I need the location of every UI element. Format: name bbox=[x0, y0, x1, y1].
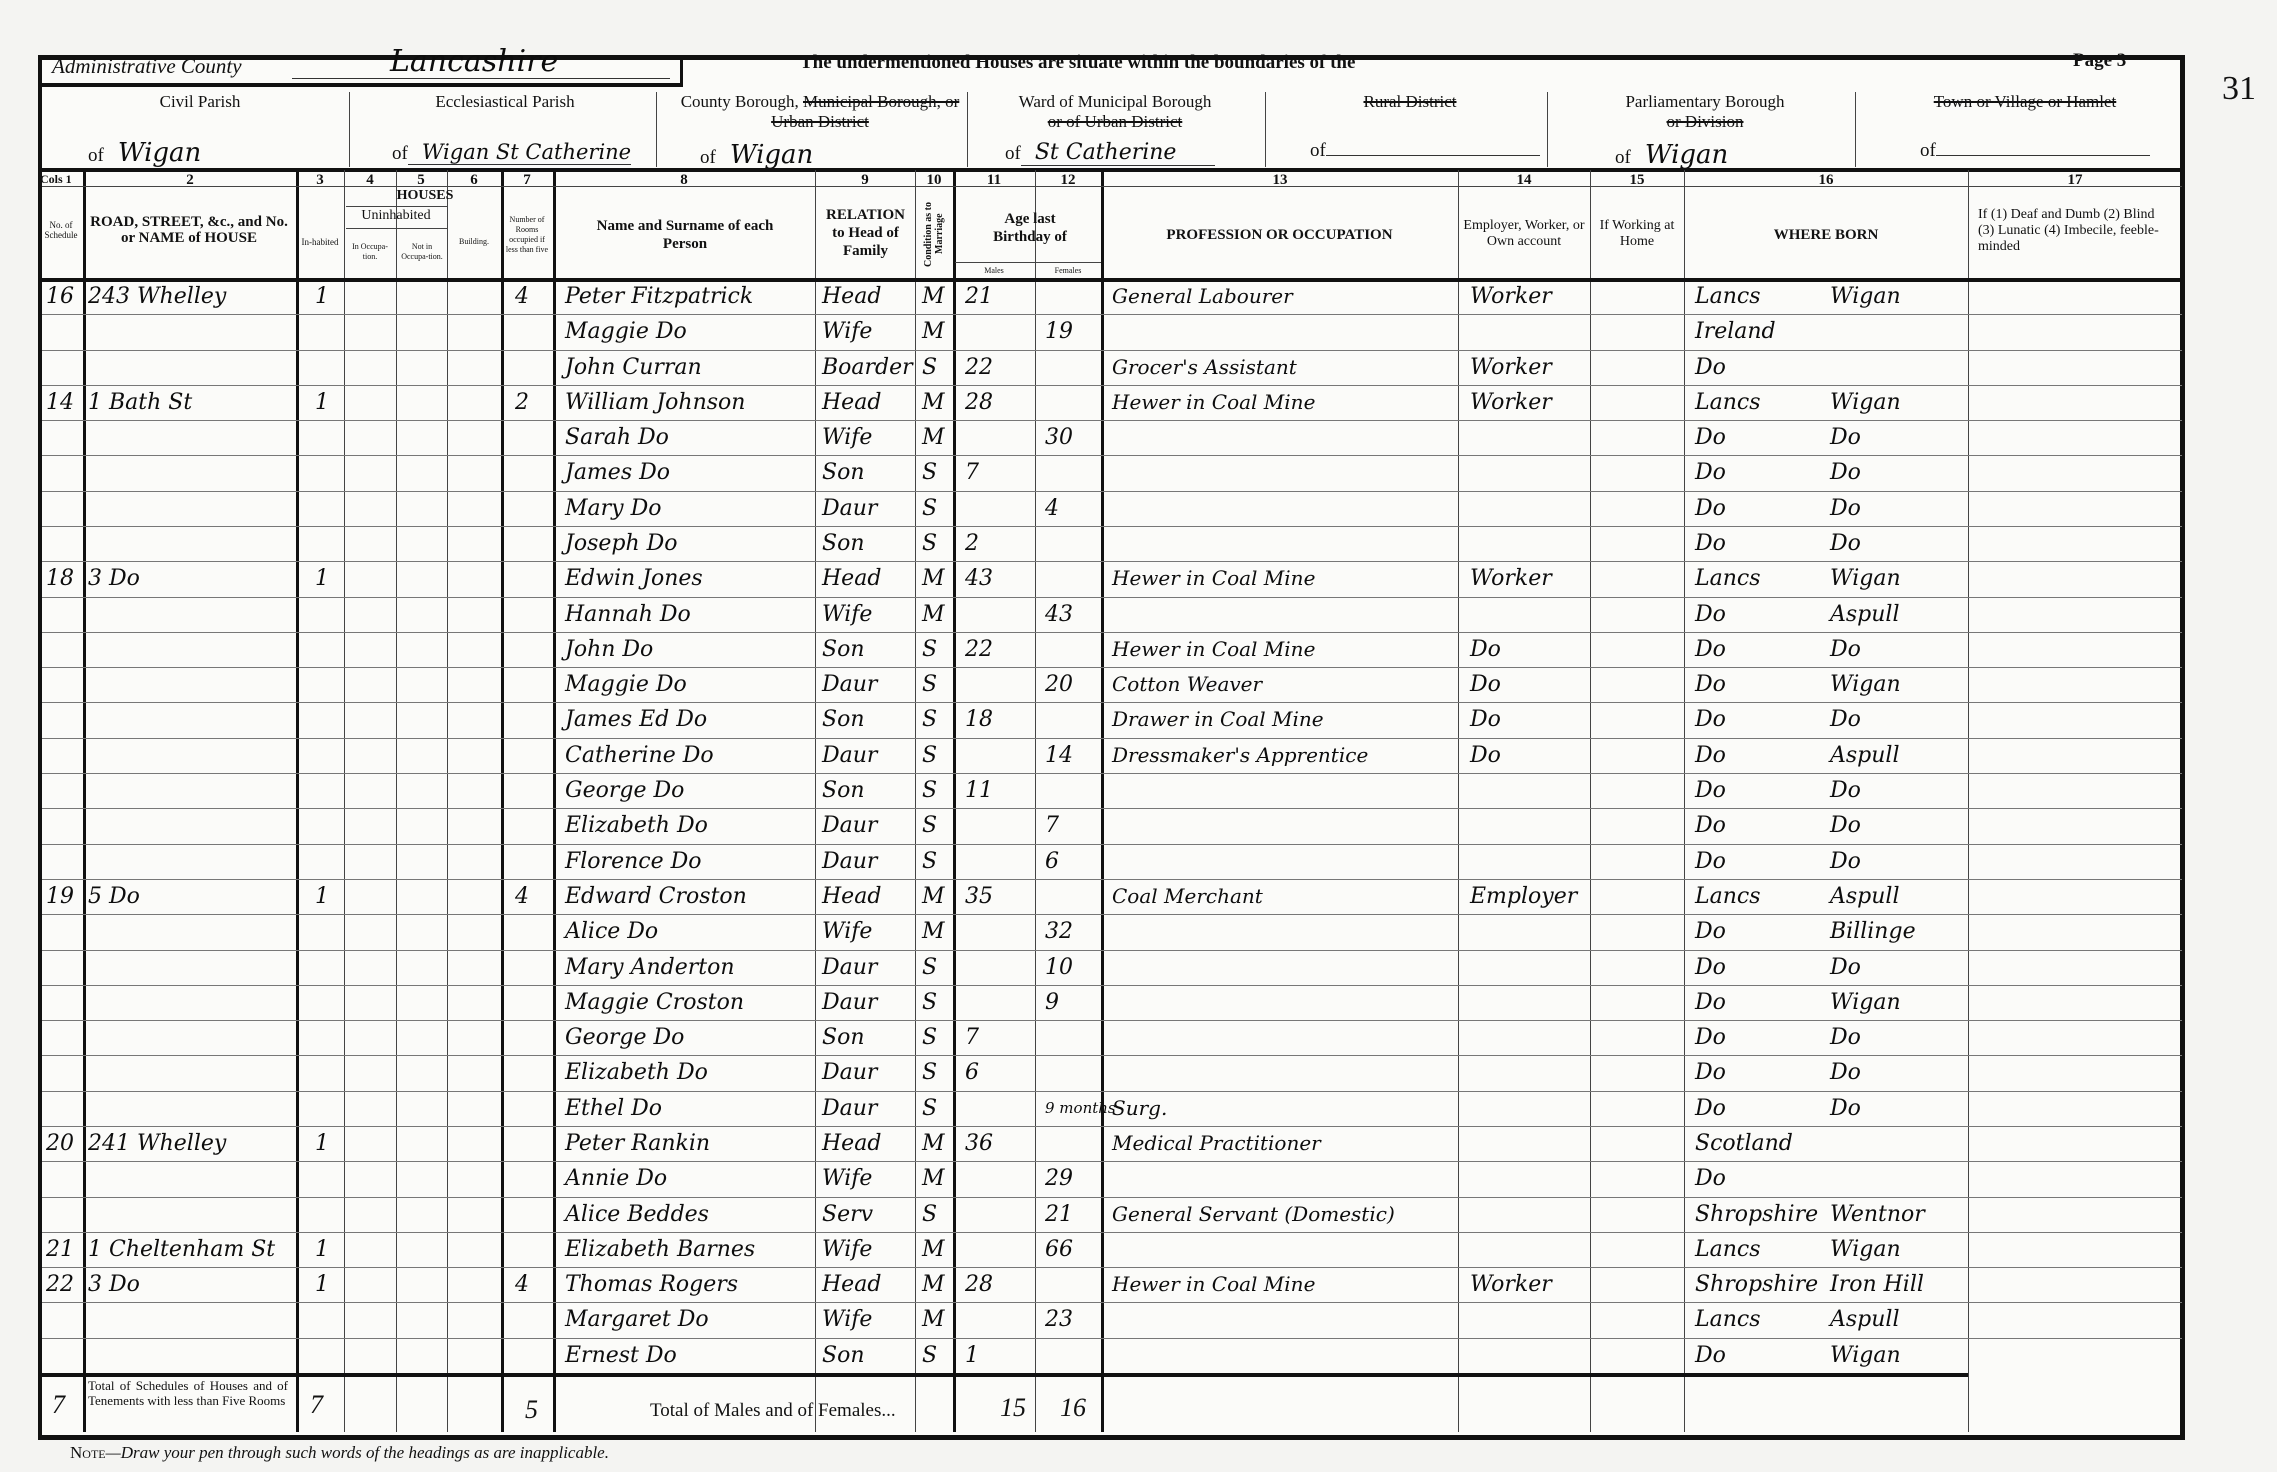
relation: Wife bbox=[822, 1302, 872, 1337]
marital-condition: M bbox=[922, 1232, 945, 1267]
footer-note: Note—Draw your pen through such words of… bbox=[70, 1443, 609, 1463]
male-age: 35 bbox=[965, 879, 993, 914]
ward-value: St Catherine bbox=[1021, 140, 1215, 166]
male-age: 18 bbox=[965, 702, 993, 737]
occupation: Grocer's Assistant bbox=[1112, 350, 1297, 385]
schedule-no: 16 bbox=[46, 279, 74, 314]
female-age: 21 bbox=[1045, 1197, 1073, 1232]
employment-status: Do bbox=[1470, 738, 1501, 773]
birth-place: Billinge bbox=[1830, 914, 1916, 949]
address: 3 Do bbox=[88, 1267, 140, 1302]
column-number: 14 bbox=[1509, 172, 1539, 189]
occupation: Hewer in Coal Mine bbox=[1112, 561, 1315, 596]
relation: Head bbox=[822, 279, 881, 314]
person-name: John Curran bbox=[565, 350, 702, 385]
totals-males-females-label: Total of Males and of Females... bbox=[650, 1400, 896, 1422]
birth-county: Do bbox=[1695, 1091, 1726, 1126]
relation: Daur bbox=[822, 808, 877, 843]
ecclesiastical-parish-field: ofWigan St Catherine bbox=[392, 140, 631, 165]
relation: Wife bbox=[822, 914, 872, 949]
occupation: General Servant (Domestic) bbox=[1112, 1197, 1395, 1232]
marital-condition: M bbox=[922, 561, 945, 596]
ecclesiastical-parish-label: Ecclesiastical Parish bbox=[370, 92, 640, 112]
female-age: 6 bbox=[1045, 844, 1059, 879]
inhabited-count: 1 bbox=[315, 385, 329, 420]
struck-text: or of Urban District bbox=[1048, 112, 1183, 131]
schedule-no: 18 bbox=[46, 561, 74, 596]
schedule-no: 21 bbox=[46, 1232, 74, 1267]
ward-label: Ward of Municipal Borough or of Urban Di… bbox=[980, 92, 1250, 132]
divider bbox=[656, 92, 657, 167]
birth-place: Wigan bbox=[1830, 1338, 1901, 1373]
occupation: Cotton Weaver bbox=[1112, 667, 1262, 702]
male-age: 21 bbox=[965, 279, 993, 314]
marital-condition: S bbox=[922, 702, 937, 737]
relation: Boarder bbox=[822, 350, 913, 385]
birth-place: Wigan bbox=[1830, 1232, 1901, 1267]
relation: Wife bbox=[822, 314, 872, 349]
person-name: Hannah Do bbox=[565, 597, 691, 632]
birth-county: Do bbox=[1695, 738, 1726, 773]
column-number: 11 bbox=[979, 172, 1009, 189]
marital-condition: S bbox=[922, 773, 937, 808]
of-label: of bbox=[88, 145, 104, 166]
relation: Head bbox=[822, 385, 881, 420]
row-divider bbox=[42, 773, 2182, 774]
address: 1 Cheltenham St bbox=[88, 1232, 275, 1267]
birth-place: Do bbox=[1830, 773, 1861, 808]
row-divider bbox=[42, 950, 2182, 951]
birth-county: Do bbox=[1695, 526, 1726, 561]
of-label: of bbox=[1310, 140, 1326, 161]
female-age: 9 bbox=[1045, 985, 1059, 1020]
column-number: 2 bbox=[175, 172, 205, 189]
schedule-no: 14 bbox=[46, 385, 74, 420]
parliamentary-borough-label: Parliamentary Borough or Division bbox=[1565, 92, 1845, 132]
male-age: 11 bbox=[965, 773, 993, 808]
person-name: Joseph Do bbox=[565, 526, 678, 561]
marital-condition: S bbox=[922, 491, 937, 526]
relation: Son bbox=[822, 773, 865, 808]
marital-condition: S bbox=[922, 1197, 937, 1232]
employment-status: Worker bbox=[1470, 561, 1552, 596]
column-number: 15 bbox=[1622, 172, 1652, 189]
birth-county: Do bbox=[1695, 1338, 1726, 1373]
column-number: 9 bbox=[850, 172, 880, 189]
person-name: Ernest Do bbox=[565, 1338, 677, 1373]
of-label: of bbox=[1920, 140, 1936, 161]
inhabited-count: 1 bbox=[315, 1232, 329, 1267]
row-divider bbox=[42, 844, 2182, 845]
marital-condition: S bbox=[922, 844, 937, 879]
column-divider bbox=[447, 170, 448, 1432]
header-divider bbox=[346, 228, 448, 229]
note-text: —Draw your pen through such words of the… bbox=[106, 1443, 609, 1462]
female-age: 32 bbox=[1045, 914, 1073, 949]
of-label: of bbox=[392, 143, 408, 164]
admin-county-label: Administrative County bbox=[52, 54, 242, 79]
header-employer: Employer, Worker, or Own account bbox=[1460, 196, 1588, 272]
column-number: 12 bbox=[1053, 172, 1083, 189]
marital-condition: M bbox=[922, 420, 945, 455]
row-divider bbox=[42, 808, 2182, 809]
column-number: 5 bbox=[406, 172, 436, 189]
person-name: Ethel Do bbox=[565, 1091, 662, 1126]
birth-place: Do bbox=[1830, 526, 1861, 561]
address: 5 Do bbox=[88, 879, 140, 914]
female-age: 4 bbox=[1045, 491, 1059, 526]
struck-text: Rural District bbox=[1363, 92, 1456, 111]
header-at-home: If Working at Home bbox=[1592, 196, 1682, 272]
ecclesiastical-parish-value: Wigan St Catherine bbox=[408, 140, 631, 165]
relation: Son bbox=[822, 1338, 865, 1373]
person-name: Margaret Do bbox=[565, 1302, 709, 1337]
birth-county: Lancs bbox=[1695, 1232, 1761, 1267]
birth-place: Do bbox=[1830, 1055, 1861, 1090]
relation: Daur bbox=[822, 1055, 877, 1090]
town-village-value bbox=[1936, 155, 2150, 156]
address: 1 Bath St bbox=[88, 385, 192, 420]
birth-place: Do bbox=[1830, 455, 1861, 490]
marital-condition: S bbox=[922, 1338, 937, 1373]
occupation: Medical Practitioner bbox=[1112, 1126, 1321, 1161]
rooms-count: 2 bbox=[515, 385, 529, 420]
birth-county: Lancs bbox=[1695, 1302, 1761, 1337]
inhabited-count: 1 bbox=[315, 1126, 329, 1161]
occupation: Surg. bbox=[1112, 1091, 1167, 1126]
birth-county: Do bbox=[1695, 491, 1726, 526]
rural-district-field: of bbox=[1310, 140, 1540, 162]
birth-county: Scotland bbox=[1695, 1126, 1793, 1161]
employment-status: Do bbox=[1470, 632, 1501, 667]
person-name: William Johnson bbox=[565, 385, 745, 420]
row-divider bbox=[42, 1161, 2182, 1162]
marital-condition: S bbox=[922, 350, 937, 385]
address: 241 Whelley bbox=[88, 1126, 226, 1161]
address: 243 Whelley bbox=[88, 279, 226, 314]
marital-condition: M bbox=[922, 1161, 945, 1196]
relation: Head bbox=[822, 879, 881, 914]
struck-text: or Division bbox=[1667, 112, 1744, 131]
row-divider bbox=[42, 526, 2182, 527]
male-age: 28 bbox=[965, 385, 993, 420]
divider bbox=[349, 92, 350, 167]
relation: Son bbox=[822, 632, 865, 667]
row-divider bbox=[42, 455, 2182, 456]
marital-condition: M bbox=[922, 879, 945, 914]
header-females: Females bbox=[1037, 265, 1099, 277]
relation: Serv bbox=[822, 1197, 873, 1232]
birth-place: Wigan bbox=[1830, 667, 1901, 702]
town-village-label: Town or Village or Hamlet bbox=[1880, 92, 2170, 112]
column-divider bbox=[83, 170, 86, 1432]
male-age: 7 bbox=[965, 455, 979, 490]
marital-condition: S bbox=[922, 950, 937, 985]
divider bbox=[1265, 92, 1266, 167]
of-label: of bbox=[1615, 147, 1631, 168]
person-name: George Do bbox=[565, 773, 684, 808]
birth-county: Shropshire bbox=[1695, 1197, 1818, 1232]
marital-condition: S bbox=[922, 1091, 937, 1126]
marital-condition: S bbox=[922, 738, 937, 773]
birth-place: Do bbox=[1830, 844, 1861, 879]
birth-county: Lancs bbox=[1695, 879, 1761, 914]
marital-condition: S bbox=[922, 1055, 937, 1090]
person-name: Elizabeth Do bbox=[565, 808, 708, 843]
header-road: ROAD, STREET, &c., and No. or NAME of HO… bbox=[86, 200, 292, 260]
person-name: Elizabeth Barnes bbox=[565, 1232, 755, 1267]
birth-place: Wigan bbox=[1830, 985, 1901, 1020]
column-number: 10 bbox=[919, 172, 949, 189]
marital-condition: S bbox=[922, 808, 937, 843]
female-age: 23 bbox=[1045, 1302, 1073, 1337]
column-divider bbox=[815, 170, 816, 1432]
birth-county: Do bbox=[1695, 1020, 1726, 1055]
relation: Daur bbox=[822, 491, 877, 526]
header-name: Name and Surname of each Person bbox=[580, 210, 790, 260]
birth-place: Aspull bbox=[1830, 879, 1900, 914]
marital-condition: M bbox=[922, 1126, 945, 1161]
birth-county: Do bbox=[1695, 1055, 1726, 1090]
marital-condition: M bbox=[922, 914, 945, 949]
birth-county: Do bbox=[1695, 808, 1726, 843]
column-number: 17 bbox=[2060, 172, 2090, 189]
birth-county: Shropshire bbox=[1695, 1267, 1818, 1302]
civil-parish-field: ofWigan bbox=[88, 138, 268, 169]
note-label: Note bbox=[70, 1443, 106, 1462]
female-age: 29 bbox=[1045, 1161, 1073, 1196]
relation: Wife bbox=[822, 1232, 872, 1267]
column-divider bbox=[553, 170, 556, 1432]
occupation: Hewer in Coal Mine bbox=[1112, 632, 1315, 667]
employment-status: Employer bbox=[1470, 879, 1577, 914]
birth-county: Do bbox=[1695, 667, 1726, 702]
header-in-occupation: In Occupa-tion. bbox=[346, 232, 394, 272]
marital-condition: M bbox=[922, 314, 945, 349]
rooms-count: 4 bbox=[515, 1267, 529, 1302]
column-divider bbox=[915, 170, 916, 1432]
header-age: Age last Birthday of bbox=[990, 198, 1070, 258]
person-name: Peter Fitzpatrick bbox=[565, 279, 753, 314]
employment-status: Worker bbox=[1470, 279, 1552, 314]
person-name: John Do bbox=[565, 632, 653, 667]
relation: Daur bbox=[822, 985, 877, 1020]
divider bbox=[42, 83, 682, 87]
male-age: 36 bbox=[965, 1126, 993, 1161]
inhabited-count: 1 bbox=[315, 1267, 329, 1302]
relation: Son bbox=[822, 526, 865, 561]
birth-place: Do bbox=[1830, 420, 1861, 455]
person-name: James Ed Do bbox=[565, 702, 707, 737]
person-name: Alice Beddes bbox=[565, 1197, 709, 1232]
person-name: Maggie Croston bbox=[565, 985, 744, 1020]
divider bbox=[1547, 92, 1548, 167]
female-age: 10 bbox=[1045, 950, 1073, 985]
header-occupation: PROFESSION OR OCCUPATION bbox=[1103, 210, 1456, 260]
relation: Daur bbox=[822, 1091, 877, 1126]
female-age: 30 bbox=[1045, 420, 1073, 455]
male-age: 28 bbox=[965, 1267, 993, 1302]
birth-county: Do bbox=[1695, 702, 1726, 737]
person-name: George Do bbox=[565, 1020, 684, 1055]
birth-place: Wentnor bbox=[1830, 1197, 1925, 1232]
rooms-count: 4 bbox=[515, 879, 529, 914]
male-age: 2 bbox=[965, 526, 979, 561]
totals-schedules-count: 7 bbox=[52, 1390, 65, 1420]
struck-text: Municipal Borough, or Urban District bbox=[771, 92, 959, 131]
parliamentary-borough-text: Parliamentary Borough bbox=[1625, 92, 1784, 111]
person-name: Elizabeth Do bbox=[565, 1055, 708, 1090]
row-divider bbox=[42, 491, 2182, 492]
marital-condition: S bbox=[922, 667, 937, 702]
relation: Son bbox=[822, 1020, 865, 1055]
column-number: 8 bbox=[669, 172, 699, 189]
person-name: Sarah Do bbox=[565, 420, 669, 455]
row-divider bbox=[42, 1055, 2182, 1056]
ward-text: Ward of Municipal Borough bbox=[1019, 92, 1212, 111]
birth-county: Do bbox=[1695, 1161, 1726, 1196]
divider bbox=[967, 92, 968, 167]
marital-condition: M bbox=[922, 1302, 945, 1337]
person-name: Thomas Rogers bbox=[565, 1267, 738, 1302]
relation: Head bbox=[822, 1126, 881, 1161]
birth-county: Do bbox=[1695, 632, 1726, 667]
column-divider bbox=[1458, 170, 1459, 1432]
admin-county-value: Lancashire bbox=[390, 44, 558, 79]
relation: Daur bbox=[822, 667, 877, 702]
male-age: 1 bbox=[965, 1338, 979, 1373]
birth-county: Lancs bbox=[1695, 561, 1761, 596]
person-name: Florence Do bbox=[565, 844, 701, 879]
parliamentary-borough-value: Wigan bbox=[1631, 140, 1825, 171]
employment-status: Worker bbox=[1470, 350, 1552, 385]
parliamentary-borough-field: ofWigan bbox=[1615, 140, 1825, 171]
relation: Wife bbox=[822, 1161, 872, 1196]
page-label: Page 3 bbox=[2073, 50, 2126, 72]
totals-males: 15 bbox=[1000, 1393, 1026, 1423]
birth-place: Aspull bbox=[1830, 597, 1900, 632]
totals-females: 16 bbox=[1060, 1393, 1086, 1423]
column-divider bbox=[501, 170, 504, 1432]
relation: Daur bbox=[822, 844, 877, 879]
situate-text: The undermentioned Houses are situate wi… bbox=[800, 52, 1355, 74]
inhabited-count: 1 bbox=[315, 879, 329, 914]
relation: Daur bbox=[822, 738, 877, 773]
male-age: 6 bbox=[965, 1055, 979, 1090]
header-males: Males bbox=[955, 265, 1033, 277]
header-where-born: WHERE BORN bbox=[1686, 210, 1966, 260]
column-divider bbox=[396, 170, 397, 1432]
marital-condition: M bbox=[922, 385, 945, 420]
birth-county: Lancs bbox=[1695, 385, 1761, 420]
header-inhabited: In-habited bbox=[298, 222, 342, 262]
person-name: James Do bbox=[565, 455, 670, 490]
column-number: 6 bbox=[459, 172, 489, 189]
birth-county: Do bbox=[1695, 350, 1726, 385]
marital-condition: S bbox=[922, 632, 937, 667]
header-condition: Condition as to Marriage bbox=[917, 196, 951, 272]
relation: Head bbox=[822, 1267, 881, 1302]
civil-parish-value: Wigan bbox=[104, 138, 268, 169]
employment-status: Worker bbox=[1470, 1267, 1552, 1302]
rural-district-label: Rural District bbox=[1280, 92, 1540, 112]
rooms-count: 4 bbox=[515, 279, 529, 314]
person-name: Mary Anderton bbox=[565, 950, 735, 985]
relation: Wife bbox=[822, 420, 872, 455]
marital-condition: M bbox=[922, 1267, 945, 1302]
birth-place: Do bbox=[1830, 950, 1861, 985]
schedule-no: 19 bbox=[46, 879, 74, 914]
person-name: Mary Do bbox=[565, 491, 661, 526]
person-name: Annie Do bbox=[565, 1161, 667, 1196]
person-name: Maggie Do bbox=[565, 667, 687, 702]
marital-condition: S bbox=[922, 526, 937, 561]
of-label: of bbox=[700, 147, 716, 168]
female-age: 9 months bbox=[1045, 1091, 1116, 1126]
rural-district-value bbox=[1326, 155, 1540, 156]
relation: Son bbox=[822, 702, 865, 737]
birth-place: Aspull bbox=[1830, 738, 1900, 773]
column-number: 4 bbox=[355, 172, 385, 189]
header-relation: RELATION to Head of Family bbox=[818, 200, 913, 265]
county-borough-text: County Borough, bbox=[681, 92, 799, 111]
schedule-no: 20 bbox=[46, 1126, 74, 1161]
birth-county: Do bbox=[1695, 950, 1726, 985]
person-name: Maggie Do bbox=[565, 314, 687, 349]
town-village-field: of bbox=[1920, 140, 2150, 162]
birth-county: Ireland bbox=[1695, 314, 1776, 349]
county-borough-field: ofWigan bbox=[700, 140, 910, 171]
header-uninhabited: Uninhabited bbox=[346, 206, 446, 226]
column-divider bbox=[344, 170, 345, 1432]
header-not-in-occupation: Not in Occupa-tion. bbox=[398, 232, 446, 272]
occupation: General Labourer bbox=[1112, 279, 1293, 314]
person-name: Edwin Jones bbox=[565, 561, 703, 596]
male-age: 7 bbox=[965, 1020, 979, 1055]
relation: Wife bbox=[822, 597, 872, 632]
column-number: 16 bbox=[1811, 172, 1841, 189]
birth-county: Lancs bbox=[1695, 279, 1761, 314]
ward-field: ofSt Catherine bbox=[1005, 140, 1215, 166]
header-rooms: Number of Rooms occupied if less than fi… bbox=[503, 205, 551, 265]
marital-condition: M bbox=[922, 279, 945, 314]
totals-schedules-label: Total of Schedules of Houses and of Tene… bbox=[88, 1378, 288, 1408]
relation: Daur bbox=[822, 950, 877, 985]
birth-county: Do bbox=[1695, 844, 1726, 879]
schedule-no: 22 bbox=[46, 1267, 74, 1302]
divider bbox=[1855, 92, 1856, 167]
birth-place: Wigan bbox=[1830, 385, 1901, 420]
relation: Head bbox=[822, 561, 881, 596]
row-divider bbox=[42, 420, 2182, 421]
birth-place: Do bbox=[1830, 808, 1861, 843]
marital-condition: S bbox=[922, 455, 937, 490]
birth-county: Do bbox=[1695, 914, 1726, 949]
birth-place: Aspull bbox=[1830, 1302, 1900, 1337]
row-divider bbox=[42, 314, 2182, 315]
column-divider bbox=[296, 170, 299, 1432]
birth-place: Do bbox=[1830, 632, 1861, 667]
female-age: 43 bbox=[1045, 597, 1073, 632]
inhabited-count: 1 bbox=[315, 561, 329, 596]
column-number: Cols 1 bbox=[40, 172, 82, 187]
totals-rooms: 5 bbox=[525, 1395, 538, 1425]
birth-place: Do bbox=[1830, 702, 1861, 737]
person-name: Edward Croston bbox=[565, 879, 747, 914]
civil-parish-label: Civil Parish bbox=[80, 92, 320, 112]
occupation: Drawer in Coal Mine bbox=[1112, 702, 1324, 737]
birth-county: Do bbox=[1695, 455, 1726, 490]
